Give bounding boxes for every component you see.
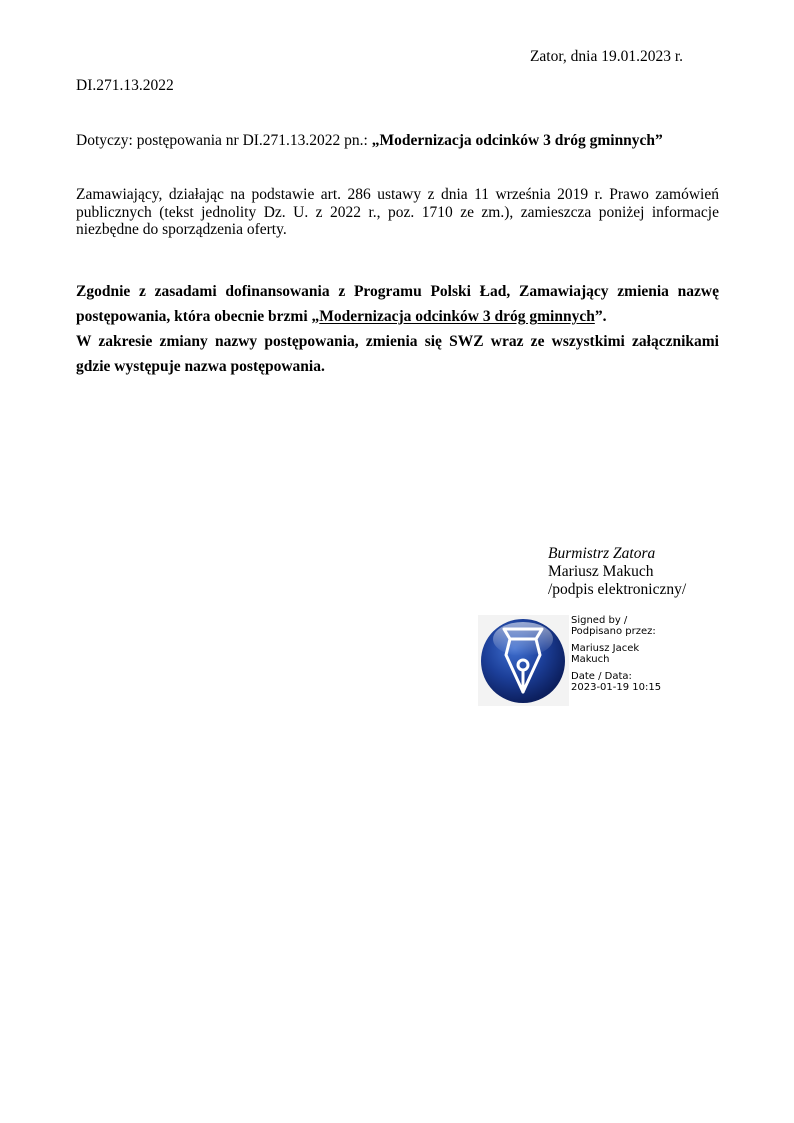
signatory-name: Mariusz Makuch [548,563,686,581]
signature-note: /podpis elektroniczny/ [548,581,686,599]
notice-line-4: gdzie występuje nazwa postępowania. [76,354,719,379]
intro-paragraph: Zamawiający, działając na podstawie art.… [76,186,719,239]
signatory-role: Burmistrz Zatora [548,545,686,563]
electronic-signature-stamp: Signed by / Podpisano przez: Mariusz Jac… [571,616,661,693]
place-and-date: Zator, dnia 19.01.2023 r. [0,48,683,66]
signer-name-line-1: Mariusz Jacek [571,644,661,655]
subject-title: „Modernizacja odcinków 3 dróg gminnych” [372,132,663,149]
notice-line-1: Zgodnie z zasadami dofinansowania z Prog… [76,279,719,304]
notice-line-3: W zakresie zmiany nazwy postępowania, zm… [76,329,719,354]
signature-datetime: 2023-01-19 10:15 [571,683,661,694]
fountain-pen-nib-icon [478,615,569,706]
signer-name-line-2: Makuch [571,655,661,666]
subject-prefix: Dotyczy: postępowania nr DI.271.13.2022 … [76,132,372,149]
notice-line-2: postępowania, która obecnie brzmi „Moder… [76,304,719,329]
procedure-name-underlined: Modernizacja odcinków 3 dróg gminnych [319,308,595,325]
reference-number: DI.271.13.2022 [76,77,174,95]
notice-paragraph: Zgodnie z zasadami dofinansowania z Prog… [76,279,719,379]
date-label: Date / Data: [571,672,661,683]
signed-by-label-en: Signed by / [571,616,661,627]
signature-block: Burmistrz Zatora Mariusz Makuch /podpis … [548,545,686,599]
signed-by-label-pl: Podpisano przez: [571,627,661,638]
subject-line: Dotyczy: postępowania nr DI.271.13.2022 … [76,132,663,150]
notice-line-2-suffix: ”. [595,308,607,325]
notice-line-2-prefix: postępowania, która obecnie brzmi „ [76,308,319,325]
